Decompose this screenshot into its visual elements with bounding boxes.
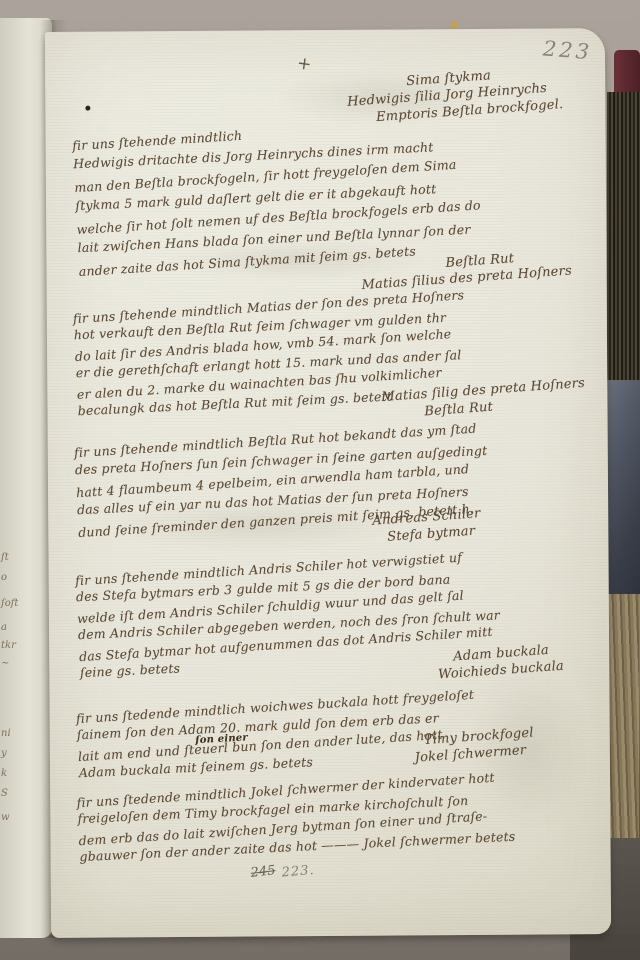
- left-page-text-fragment: ni: [1, 728, 11, 739]
- manuscript-photo: ſtoſoftatkr~niykSw + 223 Sima ſtykmaHedw…: [0, 0, 640, 960]
- left-page-text-fragment: ~: [1, 658, 9, 669]
- page-number-bottom: 223.: [281, 863, 315, 880]
- entry-heading: Timy brockfogelJokel ſchwermer: [403, 725, 535, 766]
- entries: Sima ſtykmaHedwigis ſilia Jorg Heinrychs…: [45, 28, 605, 32]
- entry-heading: Adam buckalaWoichieds buckala: [437, 642, 565, 683]
- left-page-text-fragment: ſt: [1, 552, 9, 563]
- left-page-text-fragment: w: [1, 812, 10, 823]
- ink-blot: [85, 106, 90, 111]
- left-page-text-fragment: ſoft: [1, 598, 18, 609]
- fore-edge-pages-dark: [607, 92, 640, 412]
- left-page-text-fragment: k: [1, 768, 7, 779]
- entry-heading: Andreas SchilerStefa bytmar: [362, 506, 482, 546]
- entry-body: fir uns ſtedende mindtlich Jokel ſchwerm…: [76, 769, 516, 868]
- left-page-text-fragment: S: [1, 788, 8, 799]
- left-page-text-fragment: tkr: [1, 640, 16, 651]
- backdrop-shadow-bottom: [0, 934, 640, 960]
- struck-number: 245: [250, 863, 276, 881]
- left-page-text-fragment: o: [1, 572, 7, 583]
- manuscript-page: + 223 Sima ſtykmaHedwigis ſilia Jorg Hei…: [45, 28, 611, 938]
- left-page-text-fragment: y: [1, 748, 7, 759]
- inserted-word-above-line: ſon einer: [195, 728, 249, 750]
- left-page-text-fragment: a: [1, 622, 7, 633]
- cross-mark: +: [296, 53, 313, 75]
- page-number-top: 223: [542, 36, 593, 64]
- bottom-marks: 245223.: [251, 864, 315, 879]
